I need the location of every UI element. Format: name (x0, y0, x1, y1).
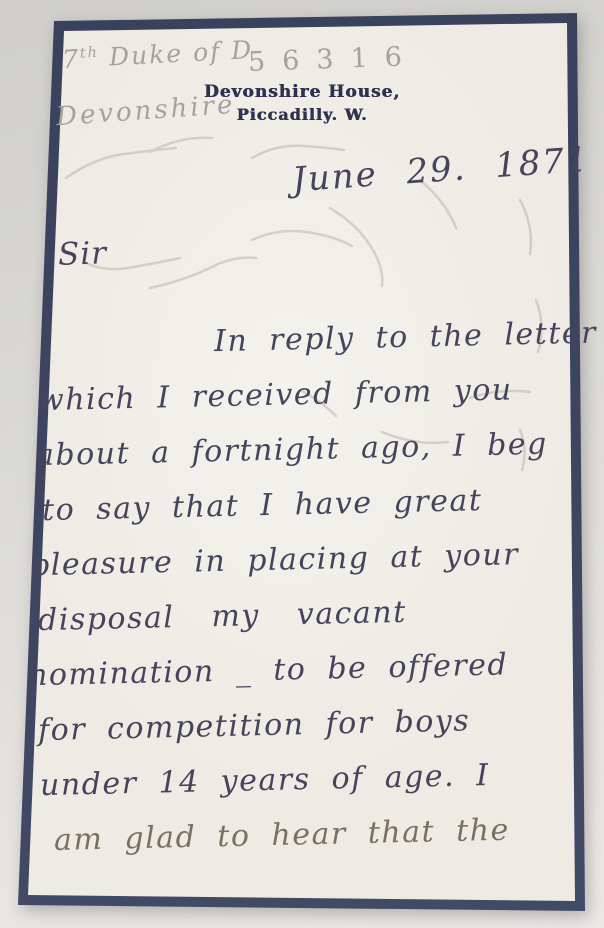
pencil-duke-numeral: 7 (61, 44, 80, 74)
photo-backdrop: 7th Duke of D 56316 Devonshire Devonshir… (0, 0, 604, 928)
letterhead-address-line2: Piccadilly. W. (152, 105, 452, 124)
pencil-duke-suffix: th (79, 45, 99, 62)
pencil-catalog-number: 56316 (248, 41, 420, 78)
printed-letterhead: Devonshire House, Piccadilly. W. (152, 82, 452, 124)
salutation: Sir (57, 235, 107, 273)
letter-body: In reply to the letter which I received … (36, 312, 581, 862)
body-line: am glad to hear that the (53, 801, 581, 868)
letter-content: 7th Duke of D 56316 Devonshire Devonshir… (0, 0, 604, 928)
letterhead-address-line1: Devonshire House, (152, 82, 452, 102)
